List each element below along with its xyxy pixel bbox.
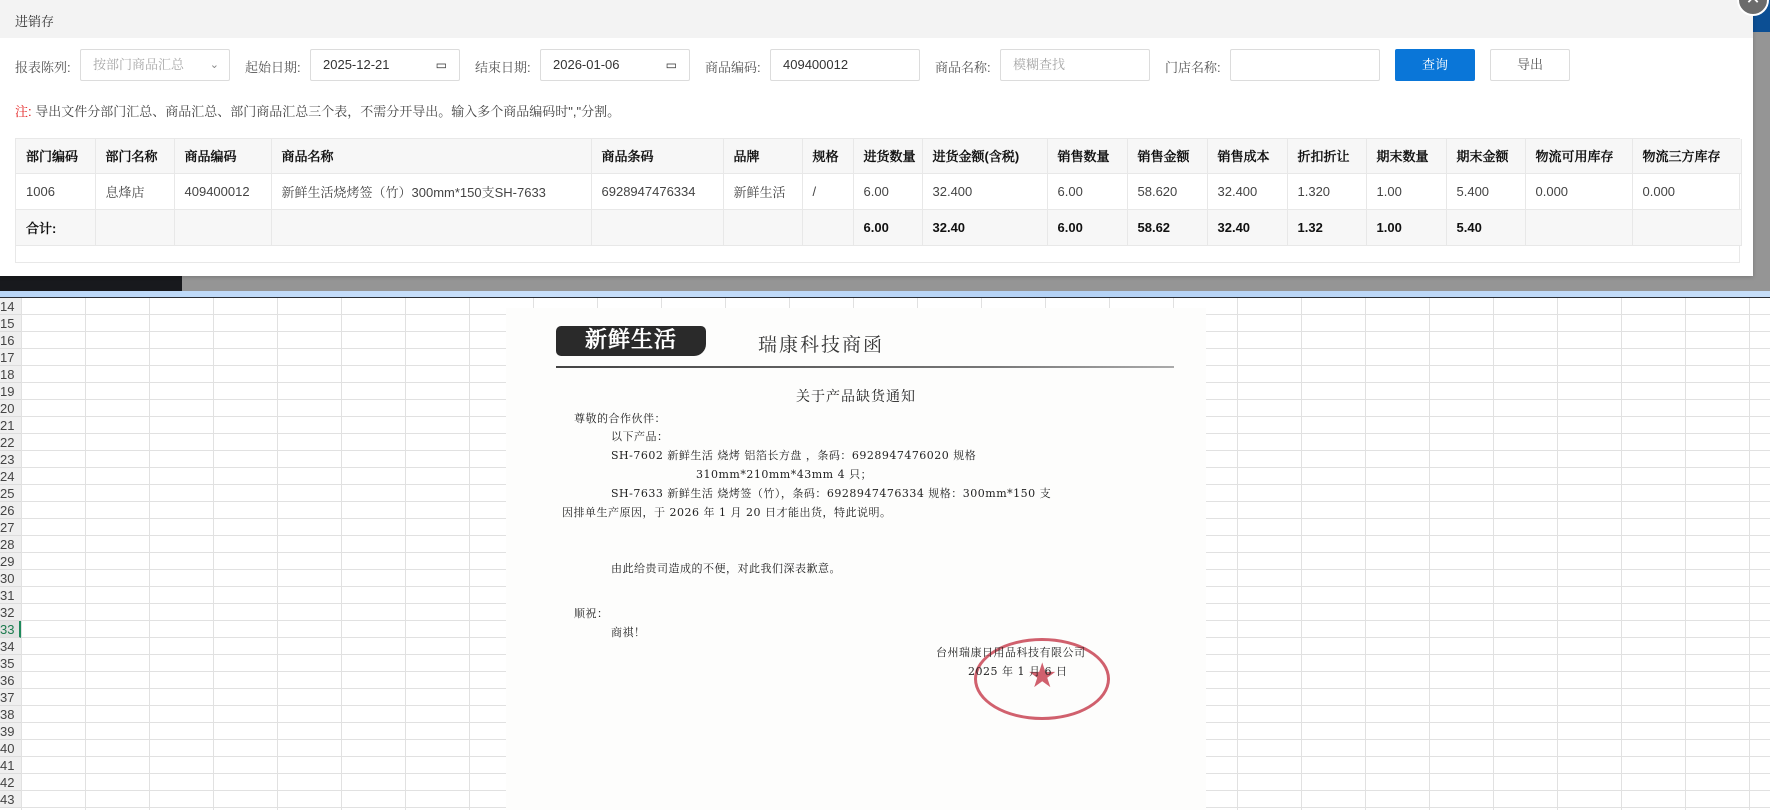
gridline bbox=[21, 298, 22, 810]
close-icon: ✕ bbox=[1745, 0, 1760, 9]
letter-item1-line1: SH-7602 新鲜生活 烧烤 铝箔长方盘 ，条码：6928947476020 … bbox=[611, 447, 976, 463]
column-header: 物流可用库存 bbox=[1525, 139, 1632, 173]
row-header[interactable]: 40 bbox=[0, 740, 21, 757]
gridline bbox=[405, 298, 406, 810]
start-date-input[interactable]: 2025-12-21 ▭ bbox=[310, 49, 460, 81]
row-header[interactable]: 22 bbox=[0, 434, 21, 451]
row-header[interactable]: 20 bbox=[0, 400, 21, 417]
column-header: 部门名称 bbox=[95, 139, 174, 173]
chevron-down-icon: ⌄ bbox=[210, 50, 219, 80]
total-row: 合计:6.0032.406.0058.6232.401.321.005.40 bbox=[16, 209, 1741, 245]
letter-salutation: 尊敬的合作伙伴： bbox=[574, 410, 666, 426]
column-header: 期末金额 bbox=[1446, 139, 1525, 173]
row-header[interactable]: 23 bbox=[0, 451, 21, 468]
table-cell: 0.000 bbox=[1632, 173, 1741, 209]
modal-title: 进销存 bbox=[15, 11, 54, 30]
table-cell: 新鲜生活烧烤签（竹）300mm*150支SH-7633 bbox=[271, 173, 591, 209]
column-header: 销售数量 bbox=[1047, 139, 1127, 173]
column-header: 品牌 bbox=[723, 139, 802, 173]
table-cell: 58.620 bbox=[1127, 173, 1207, 209]
report-table: 部门编码部门名称商品编码商品名称商品条码品牌规格进货数量进货金额(含税)销售数量… bbox=[15, 138, 1740, 263]
table-cell: / bbox=[802, 173, 853, 209]
calendar-icon[interactable]: ▭ bbox=[666, 50, 677, 80]
gridline bbox=[1301, 298, 1302, 810]
letter-signature: 台州瑞康日用品科技有限公司 bbox=[936, 644, 1086, 660]
report-type-select[interactable]: 按部门商品汇总 ⌄ bbox=[80, 49, 230, 81]
end-date-value: 2026-01-06 bbox=[553, 57, 620, 72]
store-name-label: 门店名称: bbox=[1165, 57, 1221, 76]
table-cell: 1006 bbox=[16, 173, 95, 209]
row-header[interactable]: 38 bbox=[0, 706, 21, 723]
row-header[interactable]: 17 bbox=[0, 349, 21, 366]
total-cell: 6.00 bbox=[853, 209, 922, 245]
table-cell: 409400012 bbox=[174, 173, 271, 209]
row-header[interactable]: 32 bbox=[0, 604, 21, 621]
total-cell bbox=[591, 209, 723, 245]
gridline bbox=[1685, 298, 1686, 810]
column-header: 商品编码 bbox=[174, 139, 271, 173]
row-header[interactable]: 35 bbox=[0, 655, 21, 672]
column-header: 商品条码 bbox=[591, 139, 723, 173]
letter-date: 2025 年 1 月 6 日 bbox=[968, 663, 1067, 679]
row-header[interactable]: 39 bbox=[0, 723, 21, 740]
row-header[interactable]: 43 bbox=[0, 791, 21, 808]
row-header[interactable]: 31 bbox=[0, 587, 21, 604]
export-button[interactable]: 导出 bbox=[1490, 49, 1570, 81]
table-cell: 5.400 bbox=[1446, 173, 1525, 209]
total-cell: 32.40 bbox=[1207, 209, 1287, 245]
row-header[interactable]: 27 bbox=[0, 519, 21, 536]
gridline bbox=[1365, 298, 1366, 810]
table-cell: 32.400 bbox=[922, 173, 1047, 209]
column-header: 规格 bbox=[802, 139, 853, 173]
calendar-icon[interactable]: ▭ bbox=[436, 50, 447, 80]
column-header: 销售金额 bbox=[1127, 139, 1207, 173]
column-header: 进货数量 bbox=[853, 139, 922, 173]
gridline bbox=[1749, 298, 1750, 810]
total-cell bbox=[95, 209, 174, 245]
table-row[interactable]: 1006息烽店409400012新鲜生活烧烤签（竹）300mm*150支SH-7… bbox=[16, 173, 1741, 209]
export-note: 注: 导出文件分部门汇总、商品汇总、部门商品汇总三个表，不需分开导出。输入多个商… bbox=[15, 101, 620, 120]
gridline bbox=[469, 298, 470, 810]
report-type-label: 报表陈列: bbox=[15, 57, 71, 76]
end-date-input[interactable]: 2026-01-06 ▭ bbox=[540, 49, 690, 81]
gridline bbox=[1429, 298, 1430, 810]
total-cell: 6.00 bbox=[1047, 209, 1127, 245]
column-header: 部门编码 bbox=[16, 139, 95, 173]
row-header[interactable]: 41 bbox=[0, 757, 21, 774]
table-cell: 32.400 bbox=[1207, 173, 1287, 209]
product-name-input[interactable] bbox=[1000, 49, 1150, 81]
gridline bbox=[1621, 298, 1622, 810]
total-cell bbox=[723, 209, 802, 245]
table-cell: 6.00 bbox=[1047, 173, 1127, 209]
store-name-input[interactable] bbox=[1230, 49, 1380, 81]
gridline bbox=[1237, 298, 1238, 810]
product-code-label: 商品编码: bbox=[705, 57, 761, 76]
gridline bbox=[1493, 298, 1494, 810]
product-code-input[interactable] bbox=[770, 49, 920, 81]
modal-titlebar: 进销存 bbox=[0, 0, 1753, 38]
gridline bbox=[341, 298, 342, 810]
column-header: 物流三方库存 bbox=[1632, 139, 1741, 173]
letter-image[interactable]: 新鲜生活 瑞康科技商函 关于产品缺货通知 尊敬的合作伙伴： 以下产品： SH-7… bbox=[506, 308, 1206, 810]
row-header[interactable]: 21 bbox=[0, 417, 21, 434]
table-cell: 6928947476334 bbox=[591, 173, 723, 209]
letter-subject: 关于产品缺货通知 bbox=[506, 386, 1206, 406]
column-header: 期末数量 bbox=[1366, 139, 1446, 173]
row-header[interactable]: 42 bbox=[0, 774, 21, 791]
table-cell: 1.320 bbox=[1287, 173, 1366, 209]
end-date-label: 结束日期: bbox=[475, 57, 531, 76]
total-cell bbox=[1632, 209, 1741, 245]
start-date-value: 2025-12-21 bbox=[323, 57, 390, 72]
letter-closing2: 商祺！ bbox=[611, 624, 646, 640]
letter-item1-line2: 310mm*210mm*43mm 4 只； bbox=[696, 466, 872, 482]
row-header[interactable]: 14 bbox=[0, 298, 21, 315]
total-cell: 5.40 bbox=[1446, 209, 1525, 245]
query-button[interactable]: 查询 bbox=[1395, 49, 1475, 81]
column-header: 折扣折让 bbox=[1287, 139, 1366, 173]
total-cell bbox=[802, 209, 853, 245]
brand-logo: 新鲜生活 bbox=[556, 326, 706, 356]
product-code-field[interactable] bbox=[783, 57, 907, 72]
table-header-row: 部门编码部门名称商品编码商品名称商品条码品牌规格进货数量进货金额(含税)销售数量… bbox=[16, 139, 1741, 173]
letter-company-header: 瑞康科技商函 bbox=[758, 330, 884, 357]
column-header: 商品名称 bbox=[271, 139, 591, 173]
row-header[interactable]: 28 bbox=[0, 536, 21, 553]
gridline bbox=[1557, 298, 1558, 810]
product-name-field[interactable] bbox=[1013, 57, 1137, 72]
table-cell: 0.000 bbox=[1525, 173, 1632, 209]
row-header[interactable]: 16 bbox=[0, 332, 21, 349]
report-type-value: 按部门商品汇总 bbox=[93, 57, 184, 72]
store-name-field[interactable] bbox=[1243, 57, 1367, 72]
row-header[interactable]: 29 bbox=[0, 553, 21, 570]
row-header[interactable]: 36 bbox=[0, 672, 21, 689]
row-header[interactable]: 26 bbox=[0, 502, 21, 519]
gridline bbox=[85, 298, 86, 810]
column-header: 销售成本 bbox=[1207, 139, 1287, 173]
column-header: 进货金额(含税) bbox=[922, 139, 1047, 173]
total-cell: 合计: bbox=[16, 209, 95, 245]
gridline bbox=[149, 298, 150, 810]
row-header[interactable]: 24 bbox=[0, 468, 21, 485]
row-header[interactable]: 15 bbox=[0, 315, 21, 332]
inventory-report-modal: 进销存 报表陈列: 按部门商品汇总 ⌄ 起始日期: 2025-12-21 ▭ 结… bbox=[0, 0, 1753, 276]
total-cell: 32.40 bbox=[922, 209, 1047, 245]
row-header[interactable]: 33 bbox=[0, 621, 21, 638]
gridline bbox=[277, 298, 278, 810]
total-cell: 58.62 bbox=[1127, 209, 1207, 245]
row-header[interactable]: 25 bbox=[0, 485, 21, 502]
table-cell: 新鲜生活 bbox=[723, 173, 802, 209]
row-header[interactable]: 30 bbox=[0, 570, 21, 587]
row-header[interactable]: 34 bbox=[0, 638, 21, 655]
row-header[interactable]: 18 bbox=[0, 366, 21, 383]
letter-rule bbox=[556, 366, 1174, 368]
taskbar-fragment bbox=[0, 276, 182, 291]
total-cell: 1.00 bbox=[1366, 209, 1446, 245]
total-cell bbox=[1525, 209, 1632, 245]
product-name-label: 商品名称: bbox=[935, 57, 991, 76]
letter-closing1: 顺祝： bbox=[574, 605, 609, 621]
table-cell: 6.00 bbox=[853, 173, 922, 209]
letter-item2-line2: 因排单生产原因，于 2026 年 1 月 20 日才能出货，特此说明。 bbox=[562, 504, 891, 520]
letter-apology: 由此给贵司造成的不便，对此我们深表歉意。 bbox=[611, 560, 841, 576]
total-cell bbox=[174, 209, 271, 245]
letter-intro: 以下产品： bbox=[611, 428, 669, 444]
start-date-label: 起始日期: bbox=[245, 57, 301, 76]
row-header[interactable]: 37 bbox=[0, 689, 21, 706]
table-cell: 息烽店 bbox=[95, 173, 174, 209]
table-cell: 1.00 bbox=[1366, 173, 1446, 209]
note-text: 导出文件分部门汇总、商品汇总、部门商品汇总三个表，不需分开导出。输入多个商品编码… bbox=[35, 104, 620, 119]
total-cell: 1.32 bbox=[1287, 209, 1366, 245]
note-prefix: 注: bbox=[15, 104, 32, 119]
letter-item2-line1: SH-7633 新鲜生活 烧烤签（竹），条码：6928947476334 规格：… bbox=[611, 485, 1051, 501]
gridline bbox=[213, 298, 214, 810]
total-cell bbox=[271, 209, 591, 245]
row-header[interactable]: 19 bbox=[0, 383, 21, 400]
